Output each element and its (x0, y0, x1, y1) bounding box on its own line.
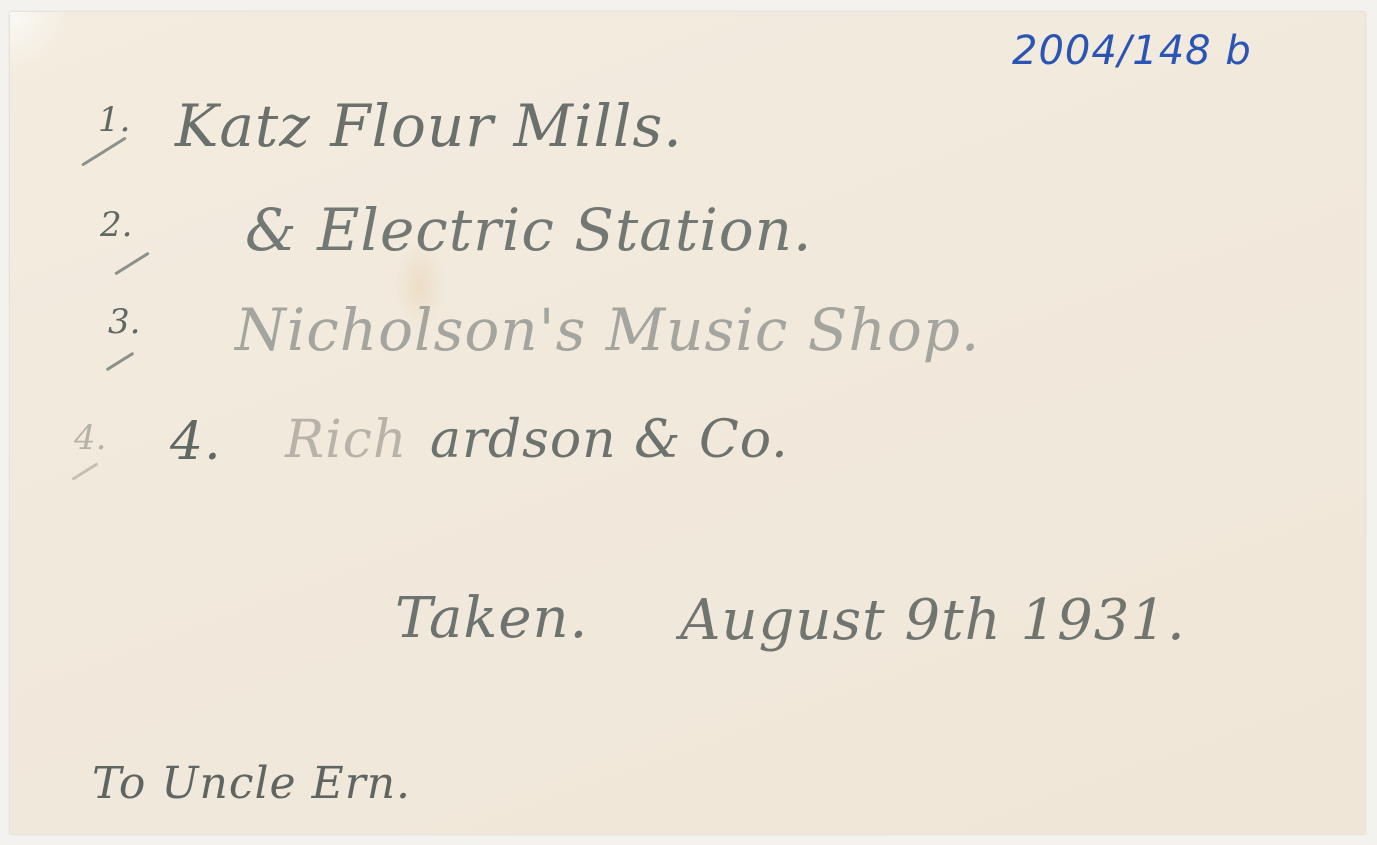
item-2-text: & Electric Station. (245, 196, 812, 264)
item-4-text: ardson & Co. (430, 410, 789, 470)
item-number-4: 4. (74, 418, 106, 458)
dedication-inscription: To Uncle Ern. (92, 758, 411, 809)
item-number-2: 2. (100, 205, 132, 245)
item-1-text: Katz Flour Mills. (175, 92, 683, 160)
item-number-3: 3. (108, 302, 140, 342)
item-3-text: Nicholson's Music Shop. (235, 296, 980, 364)
date-taken: August 9th 1931. (680, 588, 1186, 653)
item-4-prefix: 4. (170, 412, 222, 472)
card-corner-wear (10, 12, 70, 72)
archive-reference-number: 2004/148 b (1012, 28, 1252, 74)
item-4-faded-text: Rich (285, 410, 407, 470)
item-number-1: 1. (98, 100, 130, 140)
taken-label: Taken. (395, 586, 588, 651)
